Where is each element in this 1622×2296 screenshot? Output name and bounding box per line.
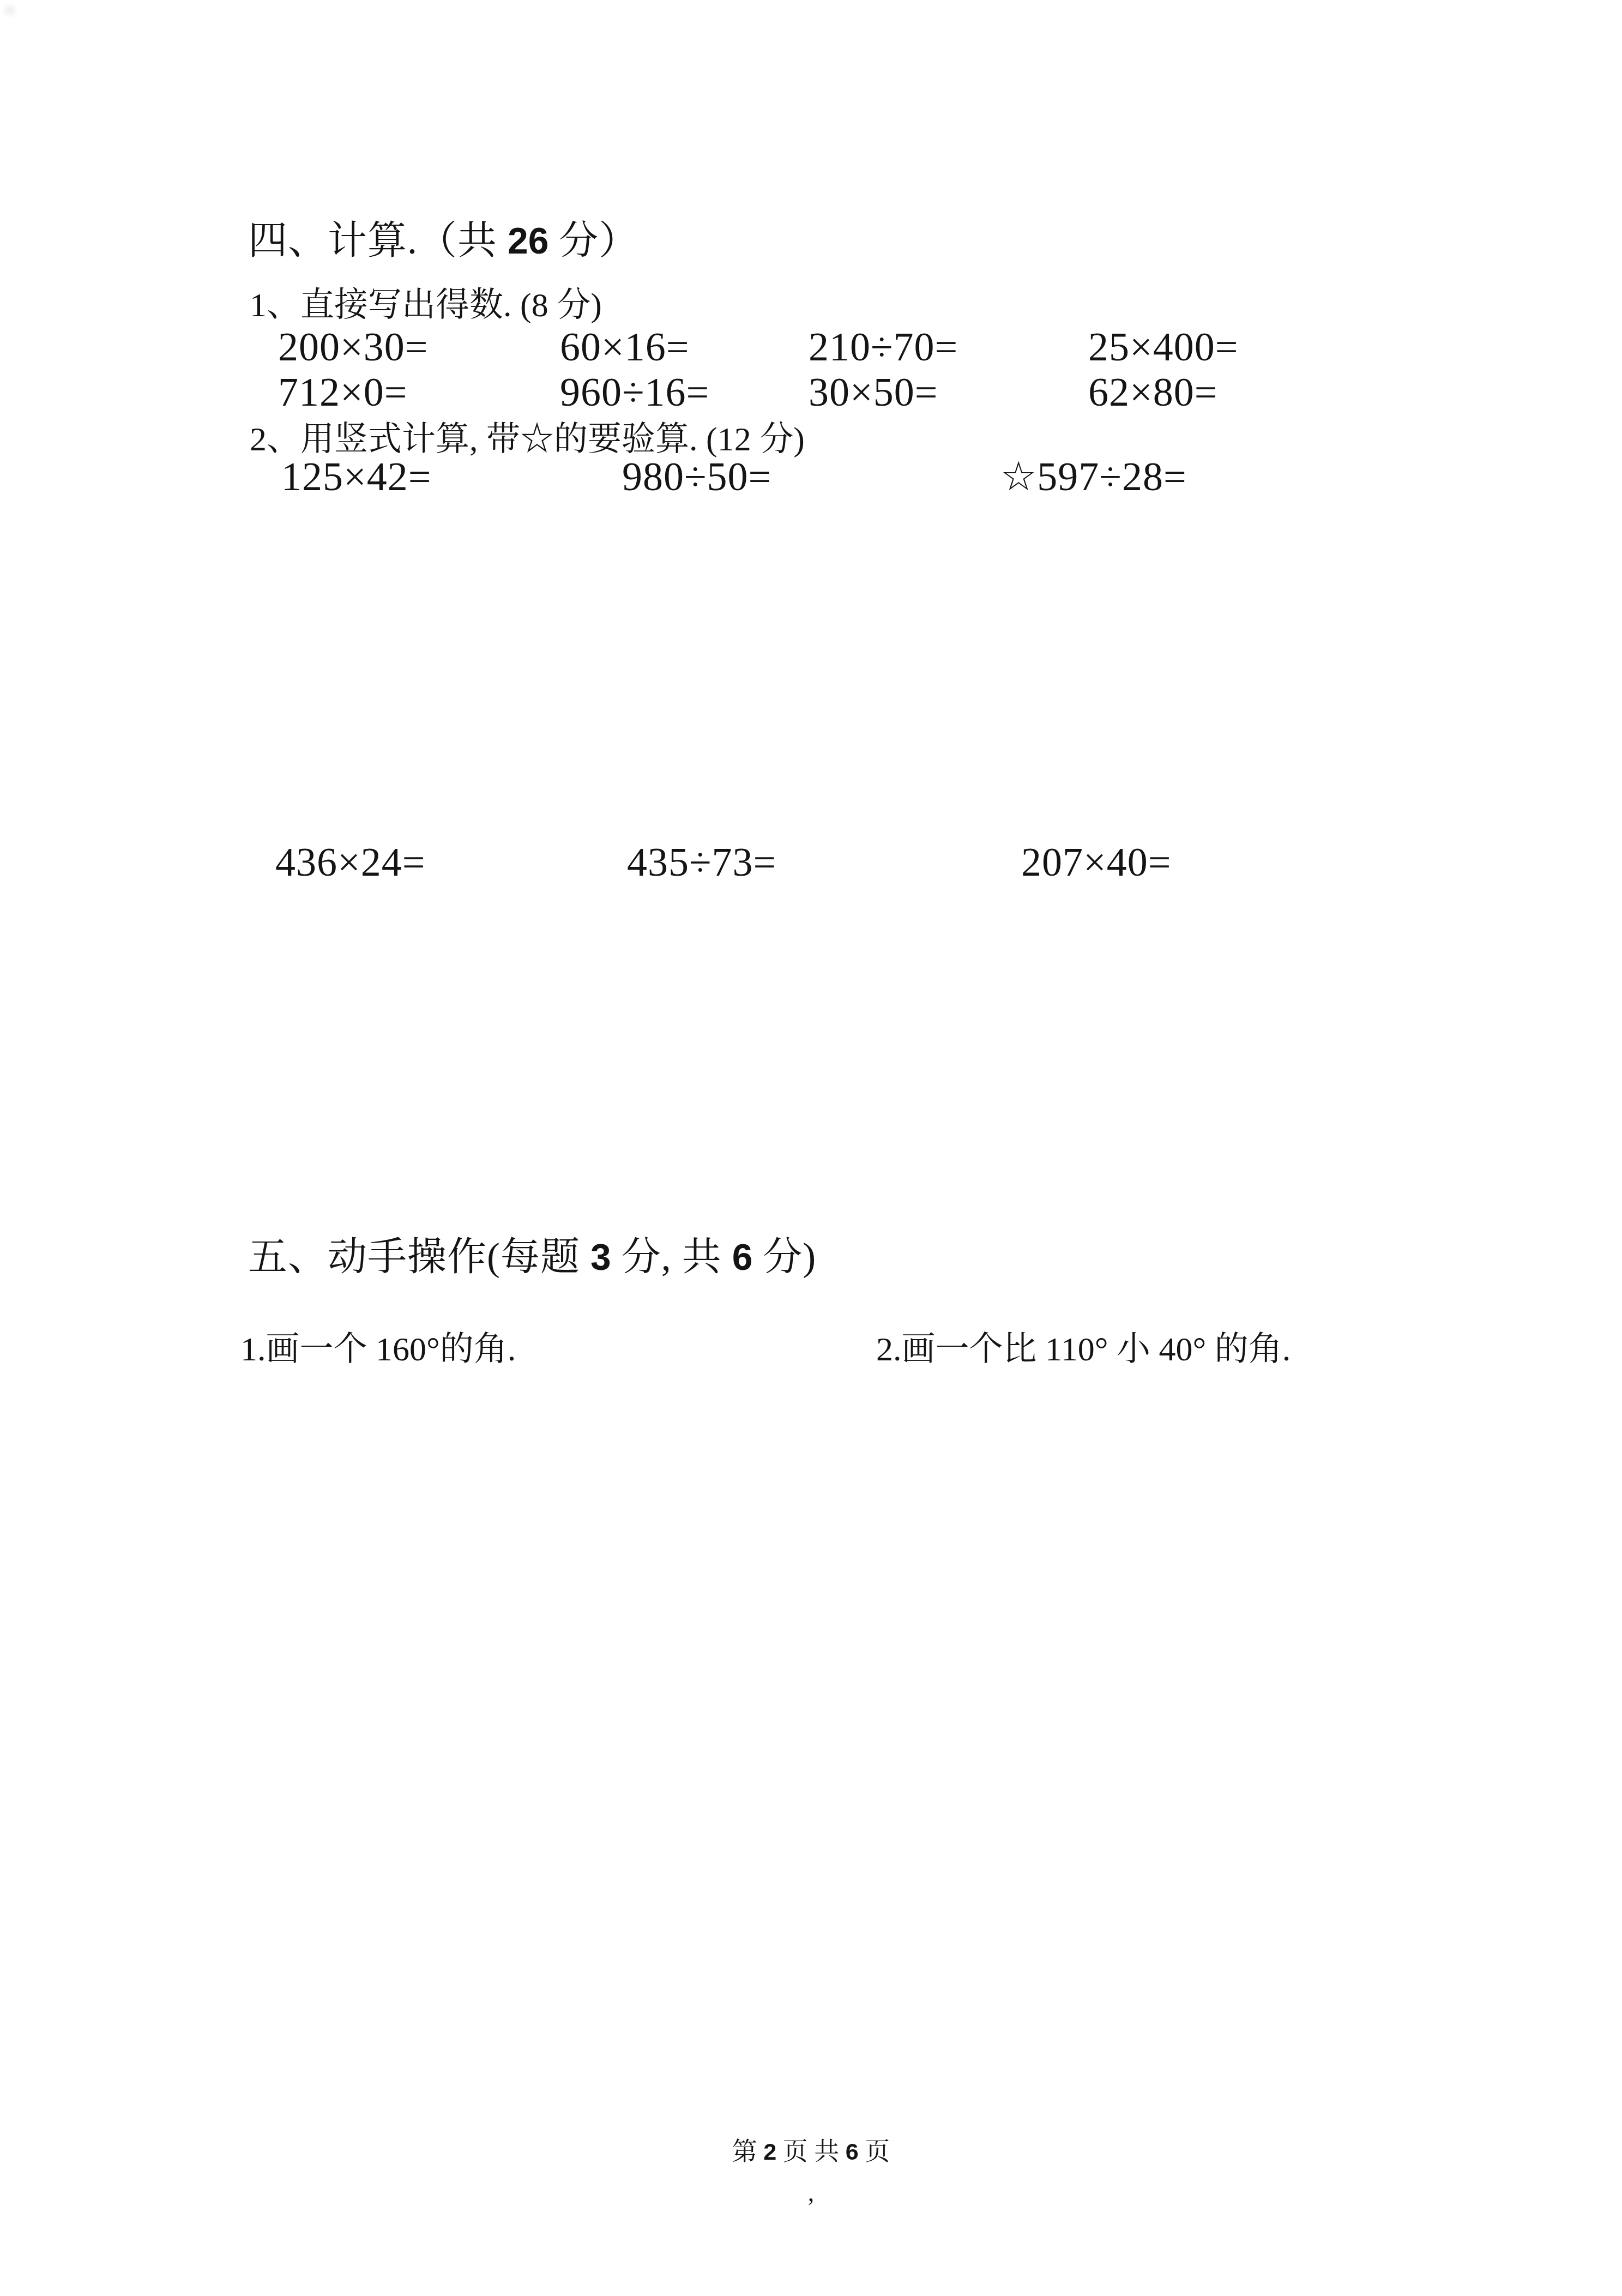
section-five-heading-suffix: 分): [752, 1235, 816, 1279]
footer-text-suffix: 页: [859, 2137, 890, 2165]
section-five-heading: 五、动手操作(每题 3 分, 共 6 分): [248, 1237, 816, 1278]
footer-stray-mark: ,: [0, 2180, 1622, 2206]
footer-text-mid: 页 共: [776, 2137, 846, 2165]
math-problem: 436×24=: [275, 842, 425, 883]
math-problem: 435÷73=: [627, 842, 776, 883]
direct-calc-row-2: 712×0= 960÷16= 30×50= 62×80=: [0, 372, 1622, 421]
section-four-heading-suffix: 分）: [548, 219, 638, 262]
math-problem: 712×0=: [278, 372, 407, 413]
section-five-points-each: 3: [590, 1237, 611, 1278]
section-four-points: 26: [508, 221, 548, 262]
page-footer: 第 2 页 共 6 页: [0, 2138, 1622, 2165]
math-problem: 62×80=: [1088, 372, 1217, 413]
section-five-heading-text: 五、动手操作(每题: [248, 1235, 590, 1279]
section-four-heading-text: 四、计算.（共: [248, 219, 508, 262]
footer-text: 第: [732, 2137, 764, 2165]
footer-page-number: 2: [763, 2139, 776, 2165]
footer-total-pages: 6: [846, 2139, 859, 2165]
draw-angle-item-1: 1.画一个 160°的角.: [240, 1332, 516, 1367]
math-problem: 207×40=: [1021, 842, 1171, 883]
math-problem: 210÷70=: [809, 327, 958, 367]
math-problem: 200×30=: [278, 327, 428, 367]
direct-calc-label: 1、直接写出得数. (8 分): [250, 288, 602, 323]
section-five-points-total: 6: [732, 1237, 753, 1278]
direct-calc-row-1: 200×30= 60×16= 210÷70= 25×400=: [0, 327, 1622, 376]
vertical-calc-label: 2、用竖式计算, 带☆的要验算. (12 分): [250, 422, 805, 457]
section-four-heading: 四、计算.（共 26 分）: [248, 220, 638, 262]
math-problem: 60×16=: [560, 327, 689, 367]
math-problem: 25×400=: [1088, 327, 1238, 367]
draw-angle-item-2: 2.画一个比 110° 小 40° 的角.: [876, 1332, 1291, 1367]
math-problem: 125×42=: [281, 457, 431, 497]
scan-artifact: [2, 2, 18, 19]
vertical-calc-row-2: 436×24= 435÷73= 207×40=: [0, 842, 1622, 891]
math-problem: 30×50=: [809, 372, 938, 413]
math-problem-starred: ☆597÷28=: [1000, 457, 1187, 497]
test-paper-page: 四、计算.（共 26 分） 1、直接写出得数. (8 分) 200×30= 60…: [0, 0, 1622, 2296]
section-five-heading-mid: 分, 共: [611, 1235, 732, 1279]
vertical-calc-row-1: 125×42= 980÷50= ☆597÷28=: [0, 457, 1622, 506]
math-problem: 960÷16=: [560, 372, 709, 413]
math-problem: 980÷50=: [622, 457, 771, 497]
